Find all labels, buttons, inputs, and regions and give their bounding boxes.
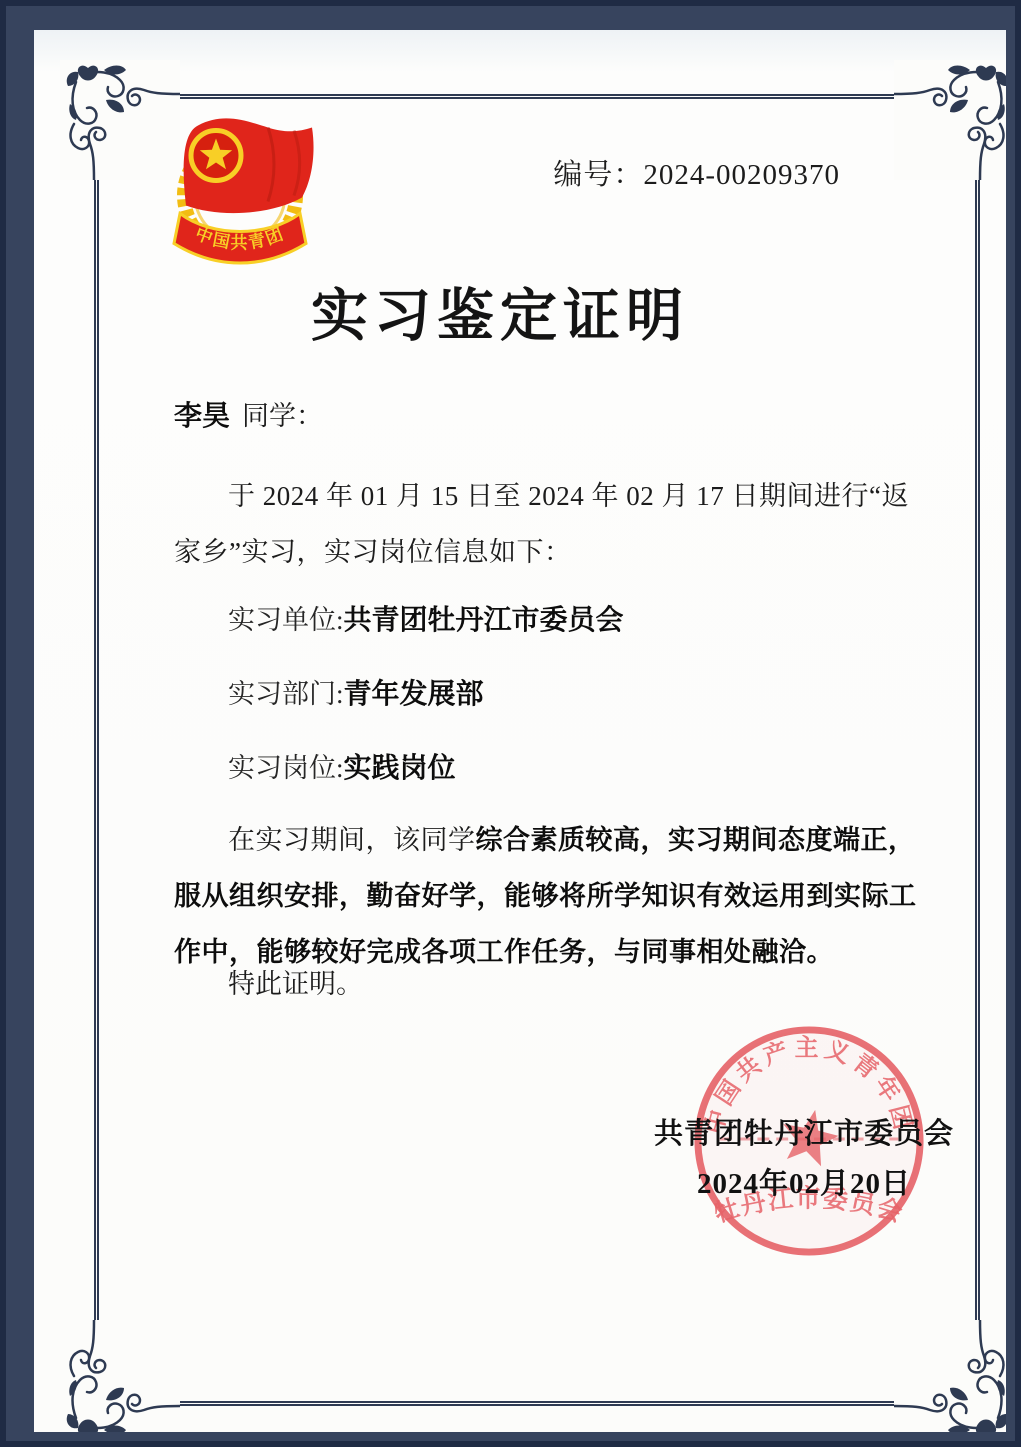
intro-paragraph: 于 2024 年 01 月 15 日至 2024 年 02 月 17 日期间进行… xyxy=(174,468,922,580)
student-name: 李昊 xyxy=(174,401,230,432)
salutation-line: 李昊同学： xyxy=(174,394,323,434)
evaluation-paragraph: 在实习期间，该同学综合素质较高，实习期间态度端正，服从组织安排，勤奋好学，能够将… xyxy=(174,812,922,980)
certificate-page: 中国共青团 编号：2024-00209370 实习鉴定证明 李昊同学： 于 20… xyxy=(0,0,1021,1447)
field-label: 实习单位: xyxy=(228,605,344,635)
field-internship-unit: 实习单位:共青团牡丹江市委员会 xyxy=(228,598,624,638)
corner-flourish-icon xyxy=(894,1320,1006,1432)
serial-number: 编号：2024-00209370 xyxy=(553,152,840,193)
evaluation-prefix: 在实习期间，该同学 xyxy=(228,825,476,855)
certificate-paper: 中国共青团 编号：2024-00209370 实习鉴定证明 李昊同学： 于 20… xyxy=(34,30,1006,1432)
youth-league-emblem-icon: 中国共青团 xyxy=(152,100,327,268)
field-value: 青年发展部 xyxy=(344,679,484,710)
salutation-suffix: 同学： xyxy=(242,401,323,431)
field-value: 实践岗位 xyxy=(344,753,456,784)
corner-flourish-icon xyxy=(894,60,1006,180)
field-internship-department: 实习部门:青年发展部 xyxy=(228,672,484,712)
signature-date: 2024年02月20日 xyxy=(589,1161,1006,1202)
field-value: 共青团牡丹江市委员会 xyxy=(344,605,624,636)
signature-organization: 共青团牡丹江市委员会 xyxy=(589,1111,1006,1152)
field-internship-position: 实习岗位:实践岗位 xyxy=(228,746,456,786)
field-label: 实习岗位: xyxy=(228,753,344,783)
closing-statement: 特此证明。 xyxy=(228,962,363,1001)
field-label: 实习部门: xyxy=(228,679,344,709)
signature-block: 共青团牡丹江市委员会 2024年02月20日 xyxy=(589,1111,1006,1202)
page-title: 实习鉴定证明 xyxy=(34,270,966,352)
corner-flourish-icon xyxy=(60,1320,180,1432)
